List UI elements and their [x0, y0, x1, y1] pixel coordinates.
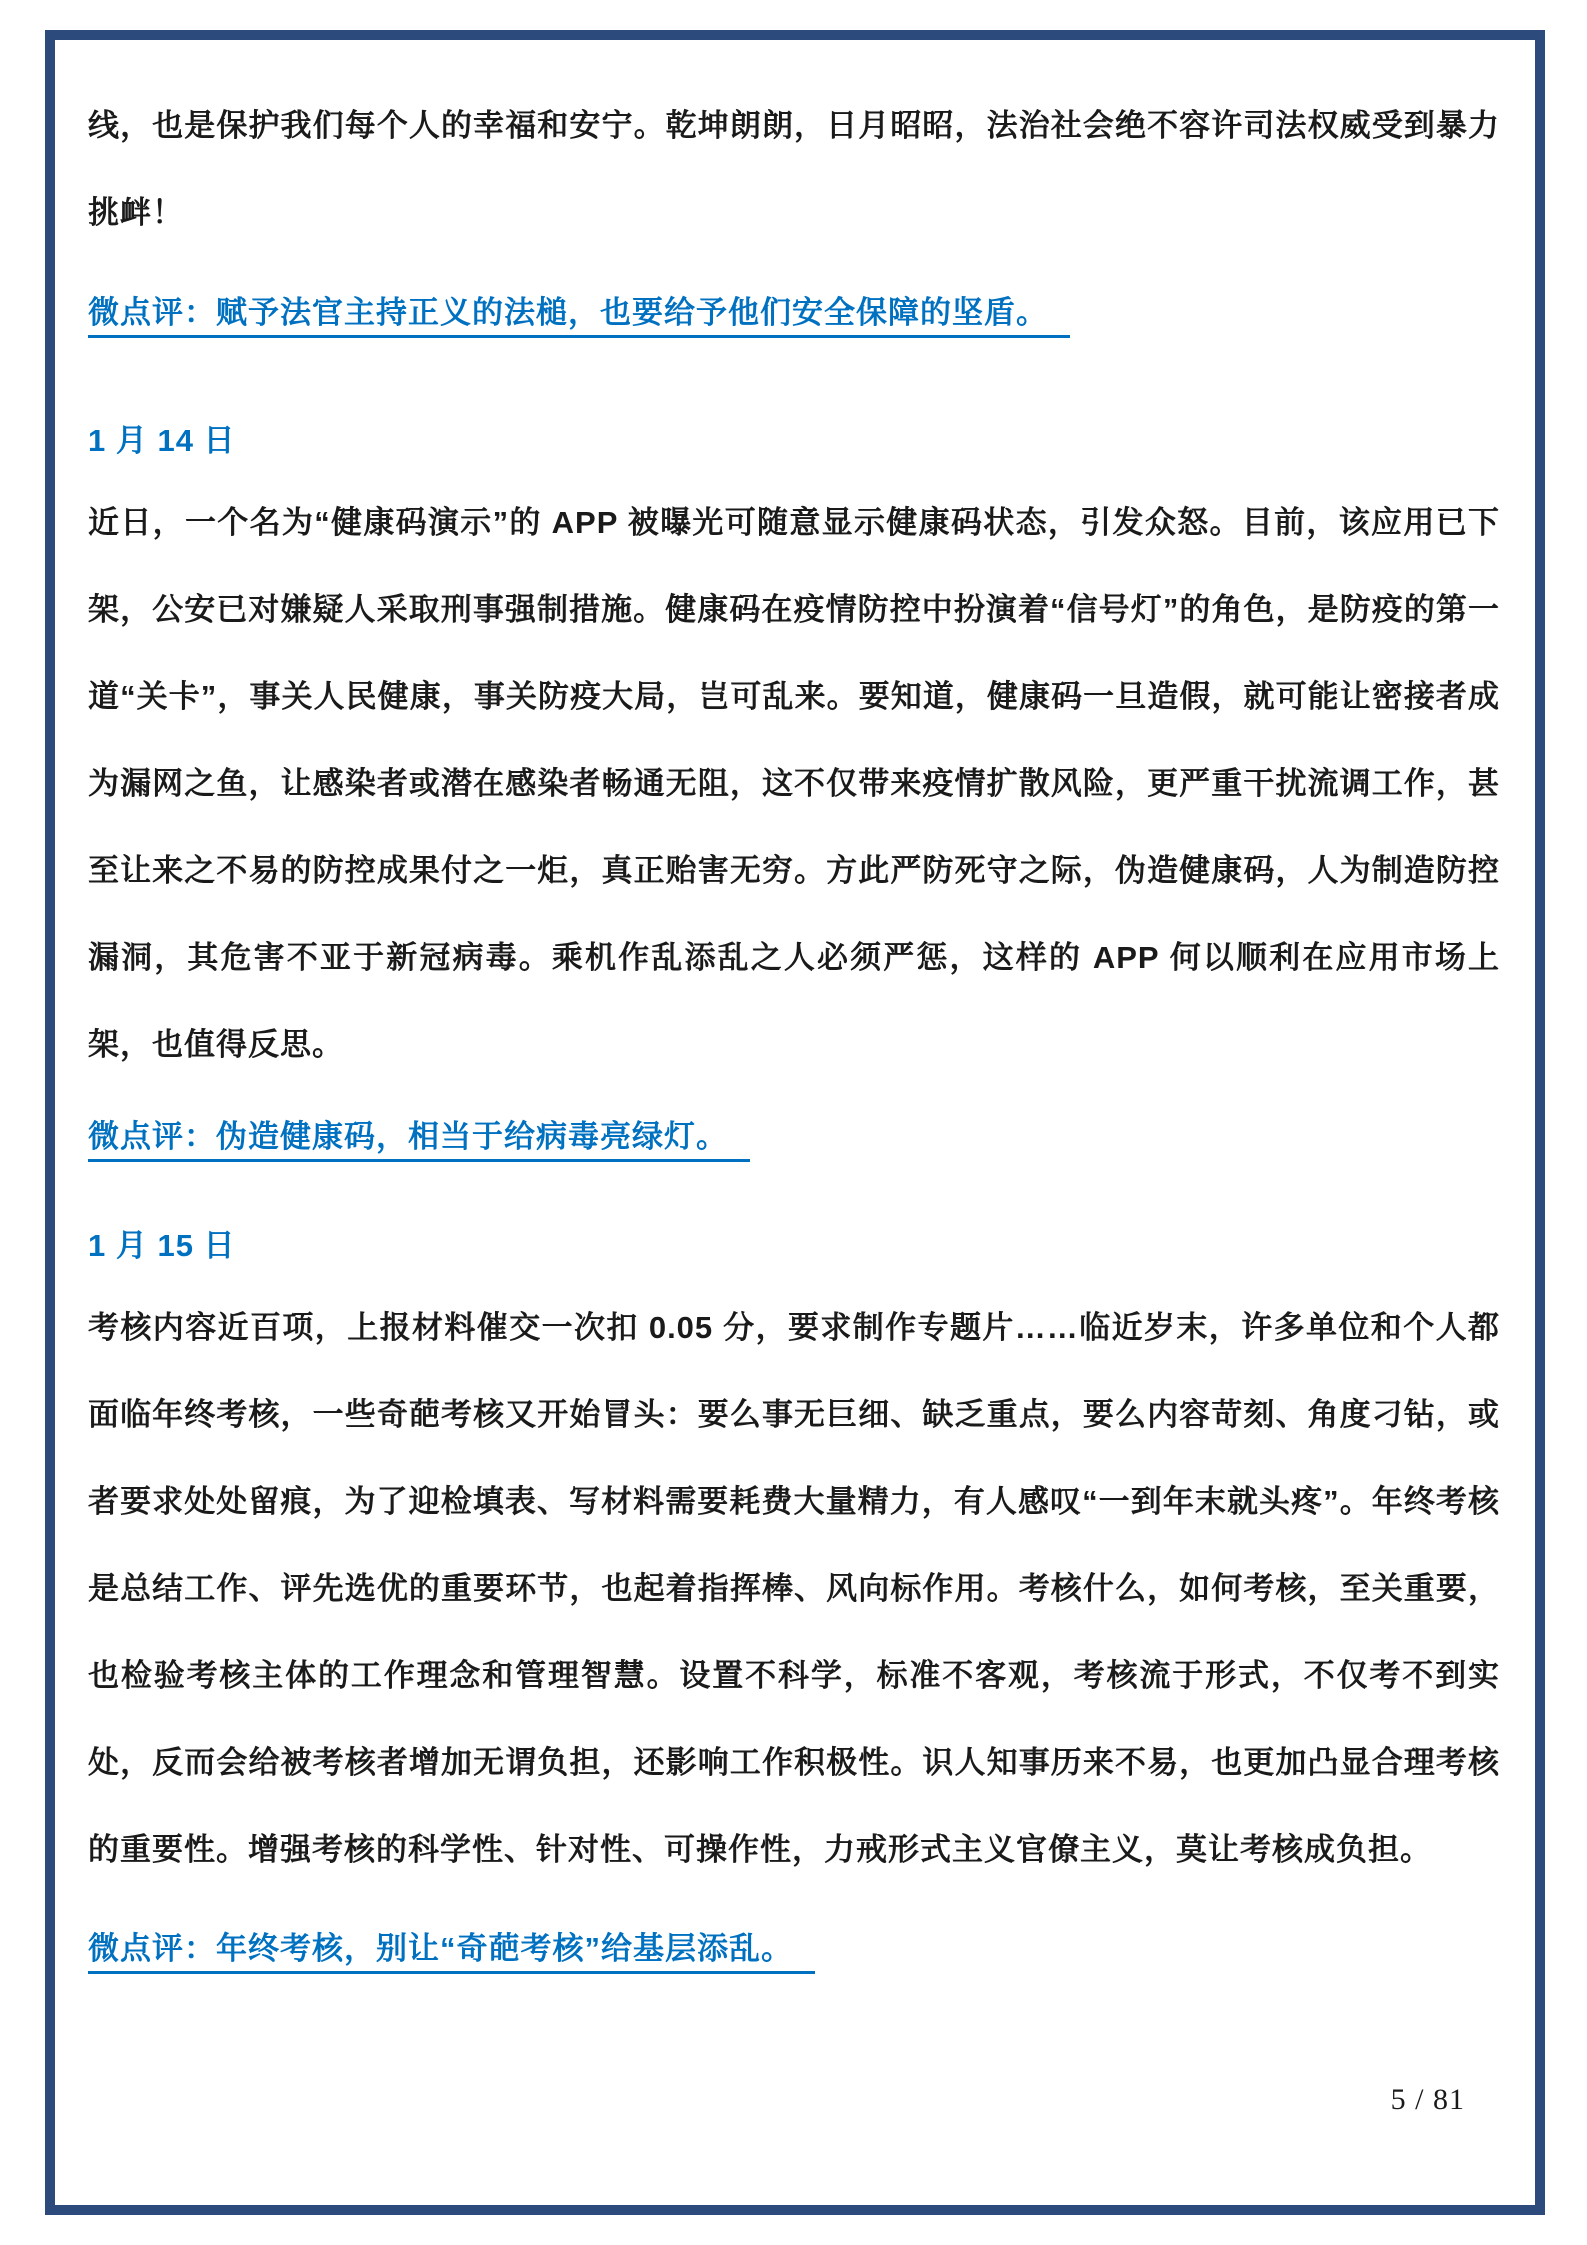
page-number: 5 / 81 — [1391, 2083, 1465, 2117]
micro-comment-1: 微点评：赋予法官主持正义的法槌，也要给予他们安全保障的坚盾。 — [88, 269, 1500, 356]
micro-comment-1-text: 微点评：赋予法官主持正义的法槌，也要给予他们安全保障的坚盾。 — [88, 295, 1070, 338]
paragraph-continuation: 线，也是保护我们每个人的幸福和安宁。乾坤朗朗，日月昭昭，法治社会绝不容许司法权威… — [88, 82, 1500, 256]
date-heading-jan-14: 1 月 14 日 — [88, 411, 1500, 471]
date-heading-jan-15: 1 月 15 日 — [88, 1216, 1500, 1276]
paragraph-year-end-review: 考核内容近百项，上报材料催交一次扣 0.05 分，要求制作专题片……临近岁末，许… — [88, 1284, 1500, 1893]
micro-comment-2-text: 微点评：伪造健康码，相当于给病毒亮绿灯。 — [88, 1119, 750, 1162]
micro-comment-3-text: 微点评：年终考核，别让“奇葩考核”给基层添乱。 — [88, 1931, 815, 1974]
page-content: 线，也是保护我们每个人的幸福和安宁。乾坤朗朗，日月昭昭，法治社会绝不容许司法权威… — [88, 40, 1500, 1992]
paragraph-health-code: 近日，一个名为“健康码演示”的 APP 被曝光可随意显示健康码状态，引发众怒。目… — [88, 479, 1500, 1088]
micro-comment-2: 微点评：伪造健康码，相当于给病毒亮绿灯。 — [88, 1093, 1500, 1180]
micro-comment-3: 微点评：年终考核，别让“奇葩考核”给基层添乱。 — [88, 1905, 1500, 1992]
document-page: 线，也是保护我们每个人的幸福和安宁。乾坤朗朗，日月昭昭，法治社会绝不容许司法权威… — [0, 0, 1587, 2245]
